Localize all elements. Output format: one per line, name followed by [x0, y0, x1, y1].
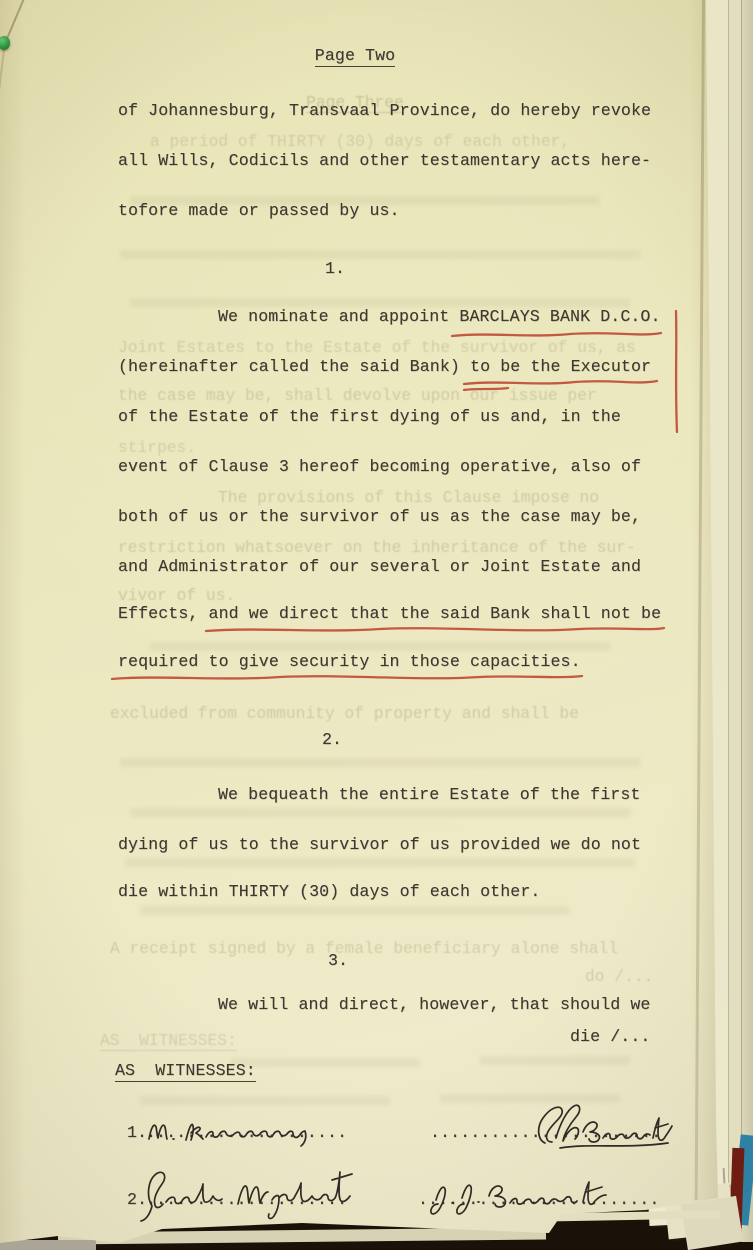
desk-sliver — [0, 1240, 96, 1250]
page-continuation-mark: die /... — [570, 1026, 650, 1048]
witness-2-number: 2. — [127, 1189, 147, 1211]
under-page-edge-2 — [728, 0, 742, 1238]
fanned-page-corner-3 — [681, 1196, 744, 1250]
clause-3-number: 3. — [328, 950, 348, 972]
ghost-strip — [150, 642, 610, 651]
paper-sheet: Page Three a period of THIRTY (30) days … — [0, 0, 720, 1250]
clause-1-line: Effects, and we direct that the said Ban… — [118, 603, 661, 625]
ghost-strip — [130, 808, 630, 817]
witness-2-dotted-line: .................... — [146, 1189, 347, 1211]
intro-line: of Johannesburg, Transvaal Province, do … — [118, 100, 651, 122]
clause-2-line: die within THIRTY (30) days of each othe… — [118, 881, 540, 903]
witnesses-heading: AS WITNESSES: — [115, 1060, 256, 1082]
ghost-strip — [140, 906, 570, 915]
testator-2-dotted-line: ........................ — [418, 1189, 659, 1211]
clause-2-line: dying of us to the survivor of us provid… — [118, 834, 641, 856]
ghost-strip — [480, 1056, 630, 1065]
witness-1-dotted-line: .................... — [146, 1122, 347, 1144]
intro-line: tofore made or passed by us. — [118, 200, 400, 222]
witness-1-number: 1. — [127, 1122, 147, 1144]
clause-1-line: of the Estate of the first dying of us a… — [118, 406, 621, 428]
clause-2-number: 2. — [322, 729, 342, 751]
ghost-line: the case may be, shall devolve upon our … — [118, 385, 597, 407]
clause-1-line: required to give security in those capac… — [118, 651, 581, 673]
ghost-line: excluded from community of property and … — [110, 703, 579, 725]
clause-1-line: (hereinafter called the said Bank) to be… — [118, 356, 651, 378]
ghost-witnesses-heading: AS WITNESSES: — [100, 1030, 237, 1052]
ghost-strip — [440, 1094, 620, 1103]
ghost-strip — [120, 758, 640, 767]
paper-right-edge-line — [695, 0, 705, 1200]
testator-1-dotted-line: ....................... — [430, 1122, 661, 1144]
clause-1-line: We nominate and appoint BARCLAYS BANK D.… — [218, 306, 661, 328]
clause-1-number: 1. — [325, 258, 345, 280]
clause-3-line: We will and direct, however, that should… — [218, 994, 651, 1016]
ghost-strip — [120, 250, 640, 259]
clause-2-line: We bequeath the entire Estate of the fir… — [218, 784, 640, 806]
under-page-edge-3 — [741, 0, 753, 1242]
intro-line: all Wills, Codicils and other testamenta… — [118, 150, 651, 172]
clause-1-line: and Administrator of our several or Join… — [118, 556, 641, 578]
clause-1-line: both of us or the survivor of us as the … — [118, 506, 641, 528]
ghost-strip — [140, 1096, 390, 1105]
clause-1-line: event of Clause 3 hereof becoming operat… — [118, 456, 641, 478]
ghost-strip — [230, 1058, 420, 1067]
ghost-line: do /... — [585, 966, 653, 988]
ghost-strip — [125, 858, 635, 867]
photographed-will-page: Page Three a period of THIRTY (30) days … — [0, 0, 753, 1250]
page-title: Page Two — [0, 45, 710, 67]
ghost-line: A receipt signed by a female beneficiary… — [110, 938, 618, 960]
